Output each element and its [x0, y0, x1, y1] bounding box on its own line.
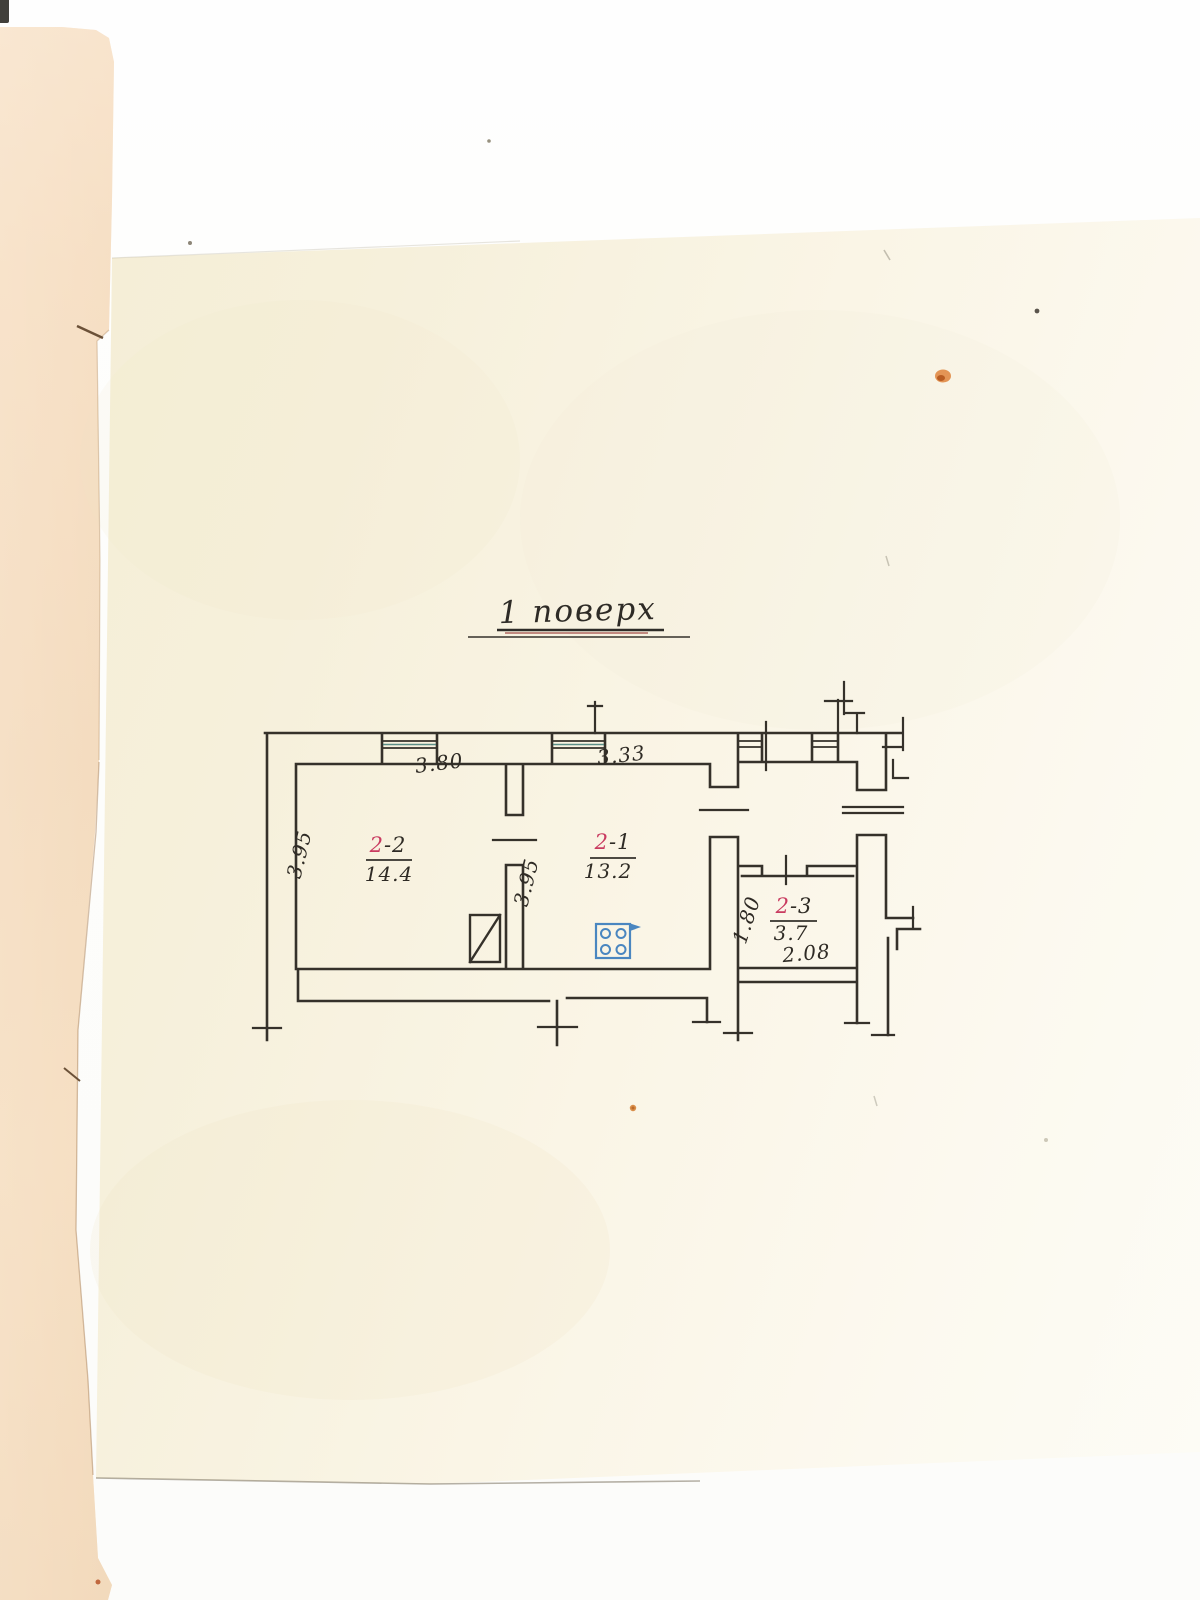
room-2-3-number: 2-3 — [775, 894, 813, 918]
floor-title-text: 1 поверх — [498, 591, 657, 631]
room-2-2-area: 14.4 — [365, 862, 414, 886]
room-2-2-height-dim: 3.95 — [282, 828, 317, 881]
room-2-2-labels: 3.80 3.95 2-2 14.4 — [282, 748, 465, 886]
room-2-2-width-dim: 3.80 — [414, 748, 465, 778]
room-2-1-labels: 3.33 3.95 2-1 13.2 — [509, 741, 647, 909]
plan-walls — [265, 733, 920, 1045]
floor-plan-layer: 1 поверх 3.80 3.95 2-2 14.4 3.33 3.95 2-… — [0, 0, 1200, 1600]
room-2-1-number: 2-1 — [594, 830, 632, 854]
room-2-1-area: 13.2 — [584, 859, 633, 883]
scanned-floor-plan-document: 1 поверх 3.80 3.95 2-2 14.4 3.33 3.95 2-… — [0, 0, 1200, 1600]
room-2-2-number: 2-2 — [369, 833, 407, 857]
furnace-icon — [470, 915, 500, 962]
room-2-3-height-dim: 1.80 — [727, 893, 765, 947]
gas-stove-icon — [596, 923, 641, 958]
room-2-3-labels: 1.80 2-3 3.7 2.08 — [727, 893, 831, 967]
room-2-1-width-dim: 3.33 — [596, 741, 647, 770]
door-opening-lines — [493, 807, 903, 840]
room-2-3-width-dim: 2.08 — [780, 939, 831, 967]
